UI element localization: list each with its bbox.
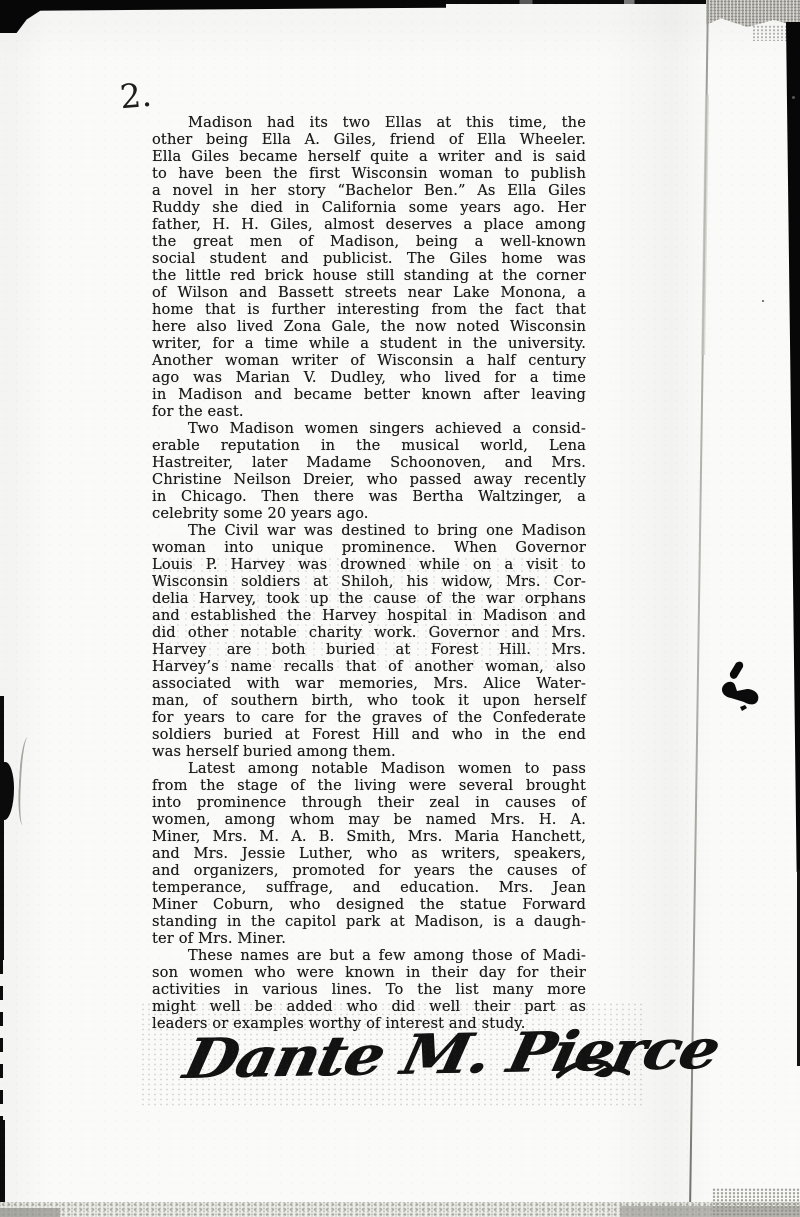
text-line: standing in the capitol park at Madison,… bbox=[152, 913, 586, 930]
scan-artifact-left-band bbox=[0, 696, 4, 960]
text-line: social student and publicist. The Giles … bbox=[152, 250, 586, 267]
text-line: Ella Giles became herself quite a writer… bbox=[152, 148, 586, 165]
scan-artifact-bottom-right bbox=[620, 1206, 800, 1217]
text-line: Another woman writer of Wisconsin a half… bbox=[152, 352, 586, 369]
text-line: Hastreiter, later Madame Schoonoven, and… bbox=[152, 454, 586, 471]
scan-noise-top-right bbox=[706, 0, 800, 27]
text-line: into prominence through their zeal in ca… bbox=[152, 794, 586, 811]
scanned-document-page: 2. Madison had its two Ellas at this tim… bbox=[0, 0, 800, 1217]
dust-speck bbox=[762, 300, 764, 302]
text-line: in Madison and became better known after… bbox=[152, 386, 586, 403]
text-line: These names are but a few among those of… bbox=[152, 947, 586, 964]
text-line: for the east. bbox=[152, 403, 586, 420]
text-line: activities in various lines. To the list… bbox=[152, 981, 586, 998]
text-line: women, among whom may be named Mrs. H. A… bbox=[152, 811, 586, 828]
text-line: Miner, Mrs. M. A. B. Smith, Mrs. Maria H… bbox=[152, 828, 586, 845]
text-line: Ruddy she died in California some years … bbox=[152, 199, 586, 216]
text-line: a novel in her story “Bachelor Ben.” As … bbox=[152, 182, 586, 199]
text-line: delia Harvey, took up the cause of the w… bbox=[152, 590, 586, 607]
text-line: Wisconsin soldiers at Shiloh, his widow,… bbox=[152, 573, 586, 590]
text-line: father, H. H. Giles, almost deserves a p… bbox=[152, 216, 586, 233]
text-line: was herself buried among them. bbox=[152, 743, 586, 760]
text-line: the great men of Madison, being a well-k… bbox=[152, 233, 586, 250]
text-line: and Mrs. Jessie Luther, who as writers, … bbox=[152, 845, 586, 862]
text-line: the little red brick house still standin… bbox=[152, 267, 586, 284]
text-line: might well be added who did well their p… bbox=[152, 998, 586, 1015]
scan-artifact-left-band-bottom bbox=[0, 1120, 5, 1217]
text-line: Latest among notable Madison women to pa… bbox=[152, 760, 586, 777]
scan-noise-top-right-2 bbox=[752, 25, 800, 41]
text-line: from the stage of the living were severa… bbox=[152, 777, 586, 794]
text-line: did other notable charity work. Governor… bbox=[152, 624, 586, 641]
text-line: Christine Neilson Dreier, who passed awa… bbox=[152, 471, 586, 488]
text-line: erable reputation in the musical world, … bbox=[152, 437, 586, 454]
text-line: woman into unique prominence. When Gover… bbox=[152, 539, 586, 556]
scan-artifact-right-band bbox=[786, 22, 800, 872]
paragraph: Two Madison women singers achieved a con… bbox=[152, 420, 586, 522]
ink-blot bbox=[720, 660, 764, 712]
text-line: here also lived Zona Gale, the now noted… bbox=[152, 318, 586, 335]
text-line: The Civil war was destined to bring one … bbox=[152, 522, 586, 539]
text-line: ter of Mrs. Miner. bbox=[152, 930, 586, 947]
paragraph: Latest among notable Madison women to pa… bbox=[152, 760, 586, 947]
text-line: and established the Harvey hospital in M… bbox=[152, 607, 586, 624]
scan-artifact-bottom-strip bbox=[0, 1202, 800, 1217]
text-line: celebrity some 20 years ago. bbox=[152, 505, 586, 522]
text-line: other being Ella A. Giles, friend of Ell… bbox=[152, 131, 586, 148]
paragraph: The Civil war was destined to bring one … bbox=[152, 522, 586, 760]
signature-flourish-icon bbox=[556, 1056, 630, 1084]
pencil-mark bbox=[17, 737, 33, 825]
scan-artifact-left-band-broken bbox=[0, 960, 3, 1120]
scan-noise-bottom-right bbox=[712, 1188, 800, 1217]
text-line: Louis P. Harvey was drowned while on a v… bbox=[152, 556, 586, 573]
text-line: Harvey’s name recalls that of another wo… bbox=[152, 658, 586, 675]
scan-artifact-bottom-left bbox=[0, 1208, 60, 1217]
text-line: and organizers, promoted for years the c… bbox=[152, 862, 586, 879]
scan-artifact-top-band bbox=[0, 0, 446, 11]
text-line: temperance, suffrage, and education. Mrs… bbox=[152, 879, 586, 896]
text-line: to have been the first Wisconsin woman t… bbox=[152, 165, 586, 182]
dust-speck bbox=[792, 96, 795, 99]
text-line: home that is further interesting from th… bbox=[152, 301, 586, 318]
text-line: associated with war memories, Mrs. Alice… bbox=[152, 675, 586, 692]
paragraph: Madison had its two Ellas at this time, … bbox=[152, 114, 586, 420]
text-line: Miner Coburn, who designed the statue Fo… bbox=[152, 896, 586, 913]
scan-artifact-left-blob bbox=[0, 762, 14, 820]
text-line: man, of southern birth, who took it upon… bbox=[152, 692, 586, 709]
text-line: Madison had its two Ellas at this time, … bbox=[152, 114, 586, 131]
text-line: Two Madison women singers achieved a con… bbox=[152, 420, 586, 437]
text-line: Harvey are both buried at Forest Hill. M… bbox=[152, 641, 586, 658]
text-line: of Wilson and Bassett streets near Lake … bbox=[152, 284, 586, 301]
text-line: for years to care for the graves of the … bbox=[152, 709, 586, 726]
text-line: son women who were known in their day fo… bbox=[152, 964, 586, 981]
document-text: Madison had its two Ellas at this time, … bbox=[152, 114, 586, 1032]
paper-edge-shadow bbox=[701, 95, 709, 355]
text-line: soldiers buried at Forest Hill and who i… bbox=[152, 726, 586, 743]
text-line: ago was Marian V. Dudley, who lived for … bbox=[152, 369, 586, 386]
text-line: in Chicago. Then there was Bertha Waltzi… bbox=[152, 488, 586, 505]
scan-artifact-top-edge-line bbox=[446, 0, 708, 4]
text-line: writer, for a time while a student in th… bbox=[152, 335, 586, 352]
scan-artifact-top-left-wedge bbox=[0, 7, 46, 33]
page-number: 2. bbox=[118, 75, 153, 117]
